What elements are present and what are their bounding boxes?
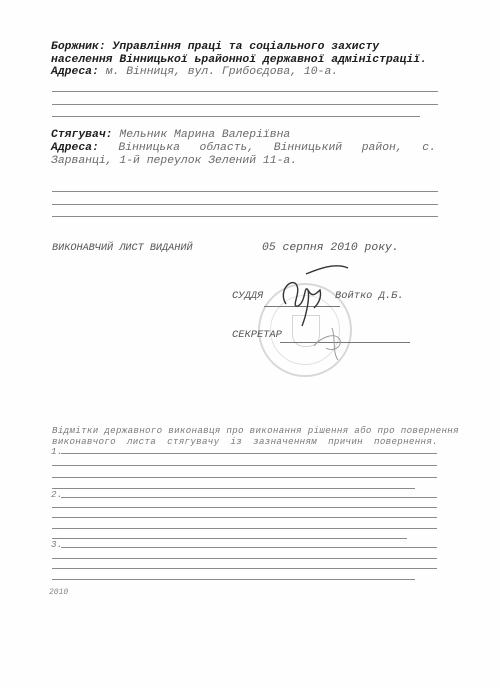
- notes-word: стягувачу: [167, 435, 219, 448]
- notes-word: причин: [328, 435, 363, 448]
- item-rule: [52, 568, 437, 569]
- blank-rule: [52, 204, 438, 205]
- judge-label: СУДДЯ: [232, 290, 263, 303]
- claimant-line: Стягувач: Мельник Марина Валеріївна: [51, 129, 290, 142]
- item-rule: [61, 453, 437, 454]
- address-word: Вінницький: [274, 142, 342, 155]
- blank-rule: [52, 116, 420, 117]
- claimant-address-label: Адреса:: [51, 142, 99, 155]
- debtor-address: м. Вінниця, вул. Грибоєдова, 10-а.: [106, 66, 338, 78]
- item-rule: [52, 488, 415, 489]
- claimant-label: Стягувач:: [51, 129, 113, 141]
- item-number-2: 2.: [51, 488, 63, 501]
- notes-word: листа: [127, 435, 156, 448]
- address-word: район,: [362, 142, 403, 155]
- debtor-address-label: Адреса:: [51, 66, 99, 78]
- debtor-address-line: Адреса: м. Вінниця, вул. Грибоєдова, 10-…: [51, 66, 338, 79]
- item-number-3: 3.: [51, 538, 63, 551]
- item-rule: [52, 465, 437, 466]
- item-rule: [61, 547, 437, 548]
- address-word: Вінницька: [118, 142, 180, 155]
- item-rule: [52, 528, 437, 529]
- document-page: Боржник: Управління праці та соціального…: [0, 0, 500, 688]
- item-rule: [52, 558, 437, 559]
- secretary-label: СЕКРЕТАР: [232, 329, 282, 342]
- issued-date: 05 серпня 2010 року.: [262, 242, 399, 255]
- debtor-name-2: населення Вінницької ьрайонної державної…: [51, 54, 427, 66]
- notes-word: із: [230, 435, 242, 448]
- notes-line-2: виконавчого листа стягувачу із зазначенн…: [52, 435, 438, 448]
- item-number-1: 1.: [51, 445, 63, 458]
- footer-year: 2010: [49, 586, 68, 599]
- blank-rule: [52, 191, 438, 192]
- item-rule: [52, 538, 407, 539]
- debtor-line-1: Боржник: Управління праці та соціального…: [51, 41, 379, 54]
- item-rule: [52, 507, 437, 508]
- debtor-name-1: Управління праці та соціального захисту: [113, 41, 380, 53]
- notes-word: зазначенням: [253, 435, 317, 448]
- blank-rule: [52, 104, 438, 105]
- secretary-signature-icon: [310, 322, 350, 362]
- notes-word: повернення.: [374, 435, 438, 448]
- item-rule: [61, 497, 437, 498]
- claimant-address-2: Зарванці, 1-й переулок Зелений 11-а.: [51, 155, 297, 167]
- item-rule: [52, 517, 437, 518]
- item-rule: [52, 579, 415, 580]
- address-word: область,: [200, 142, 255, 155]
- claimant-address-line-1: Адреса: Вінницька область, Вінницький ра…: [51, 142, 436, 155]
- claimant-name: Мельник Марина Валеріївна: [119, 129, 290, 141]
- issued-label: ВИКОНАВЧИЙ ЛИСТ ВИДАНИЙ: [52, 242, 193, 255]
- blank-rule: [52, 91, 438, 92]
- item-rule: [52, 477, 437, 478]
- claimant-address-line-2: Зарванці, 1-й переулок Зелений 11-а.: [51, 155, 297, 168]
- address-word: с.: [422, 142, 436, 155]
- blank-rule: [52, 216, 438, 217]
- debtor-label: Боржник:: [51, 41, 106, 53]
